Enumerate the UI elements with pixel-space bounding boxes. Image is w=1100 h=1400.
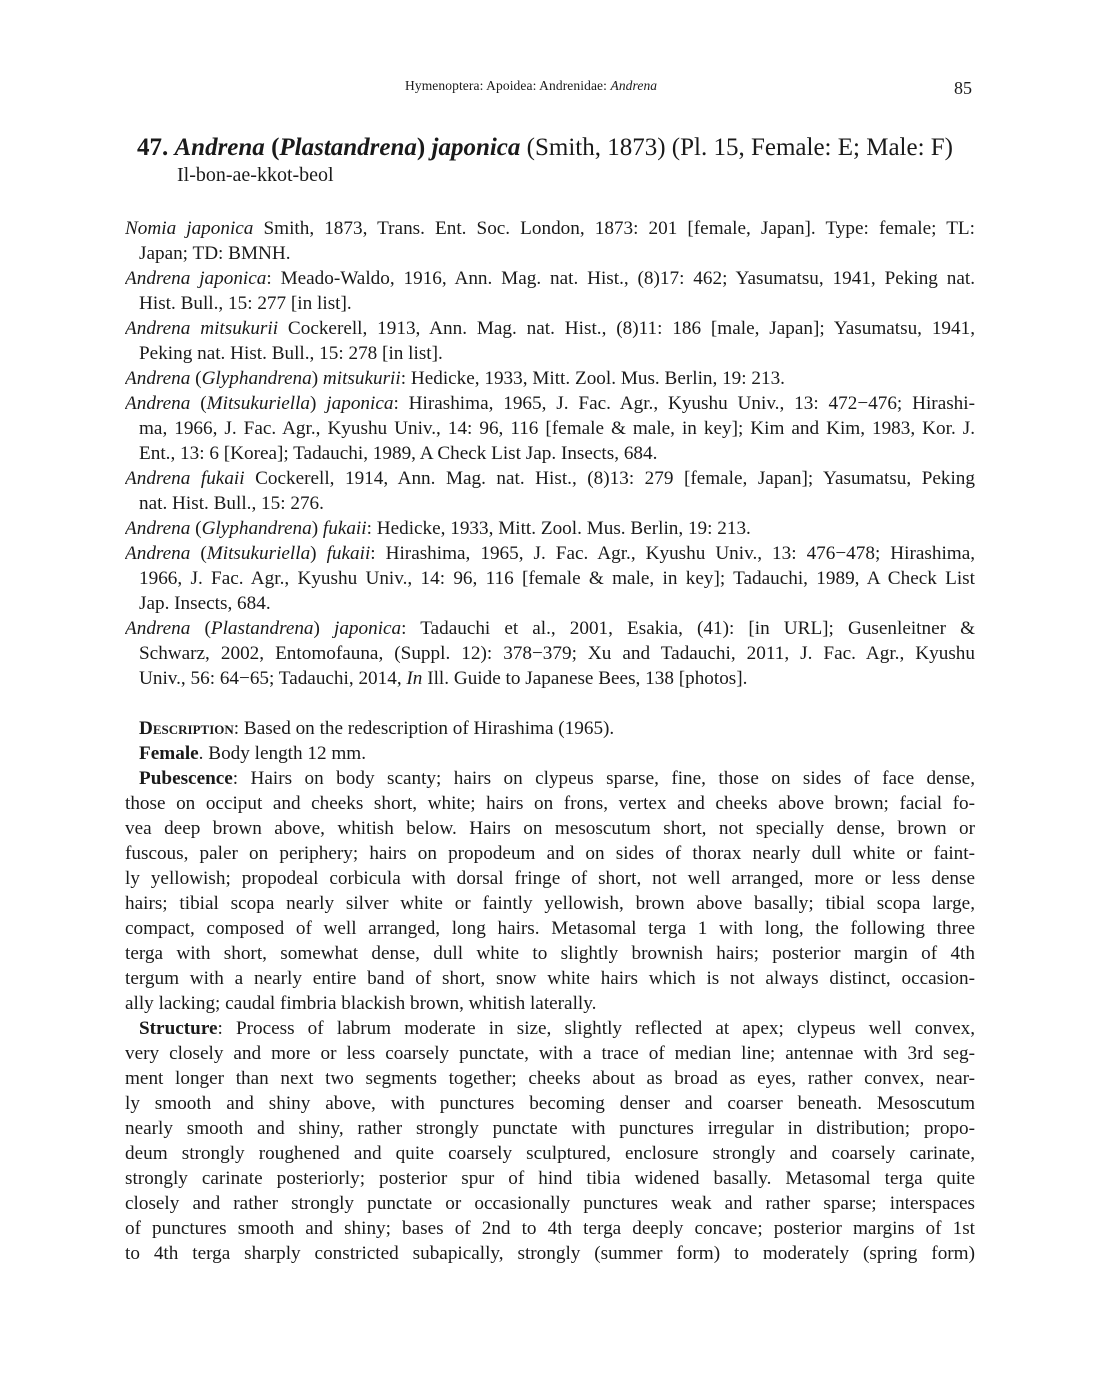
description-paragraph: Structure: Process of labrum moderate in… — [125, 1016, 975, 1266]
text-line: hairs; tibial scopa nearly silver white … — [125, 891, 975, 916]
text-run: fuscous, paler on periphery; hairs on pr… — [125, 843, 975, 864]
genus-name: Andrena — [175, 134, 265, 161]
text-run: Japan; TD: BMNH. — [139, 243, 291, 264]
text-run: Hist. Bull., 15: 277 [in list]. — [139, 293, 352, 314]
italic-taxon: mitsukurii — [323, 368, 401, 389]
text-run: : Meado-Waldo, 1916, Ann. Mag. nat. Hist… — [266, 268, 975, 289]
text-run: ( — [190, 518, 201, 539]
text-run: vea deep brown above, whitish below. Hai… — [125, 818, 975, 839]
text-run: : Hirashima, 1965, J. Fac. Agr., Kyushu … — [370, 543, 975, 564]
italic-taxon: Glyphandrena — [202, 368, 312, 389]
text-run: Smith, 1873, Trans. Ent. Soc. London, 18… — [253, 218, 975, 239]
text-run: . Body length 12 mm. — [199, 743, 366, 764]
synonymy-entry: Andrena fukaii Cockerell, 1914, Ann. Mag… — [125, 466, 975, 516]
section-heading: Description — [139, 718, 234, 739]
text-run: 1966, J. Fac. Agr., Kyushu Univ., 14: 96… — [139, 568, 975, 589]
text-line: Andrena (Glyphandrena) fukaii: Hedicke, … — [125, 516, 975, 541]
text-line: Andrena japonica: Meado-Waldo, 1916, Ann… — [125, 266, 975, 291]
text-line: tergum with a nearly entire band of shor… — [125, 966, 975, 991]
species-heading: 47. Andrena (Plastandrena) japonica (Smi… — [137, 133, 987, 163]
text-line: Jap. Insects, 684. — [125, 591, 975, 616]
species-number: 47. — [137, 134, 168, 161]
section-label: Structure — [139, 1018, 218, 1039]
text-line: very closely and more or less coarsely p… — [125, 1041, 975, 1066]
text-run: Peking nat. Hist. Bull., 15: 278 [in lis… — [139, 343, 443, 364]
running-head: Hymenoptera: Apoidea: Andrenidae: Andren… — [0, 78, 1100, 100]
text-run: : Hairs on body scanty; hairs on clypeus… — [233, 768, 975, 789]
text-line: terga with short, somewhat dense, dull w… — [125, 941, 975, 966]
text-run: Cockerell, 1913, Ann. Mag. nat. Hist., (… — [278, 318, 975, 339]
text-line: compact, composed of well arranged, long… — [125, 916, 975, 941]
text-line: ly yellowish; propodeal corbicula with d… — [125, 866, 975, 891]
text-line: Andrena (Plastandrena) japonica: Tadauch… — [125, 616, 975, 641]
description-paragraph: Description: Based on the redescription … — [125, 716, 975, 741]
text-run: ( — [190, 543, 206, 564]
text-line: 1966, J. Fac. Agr., Kyushu Univ., 14: 96… — [125, 566, 975, 591]
italic-taxon: Andrena — [125, 393, 190, 414]
text-run: ly yellowish; propodeal corbicula with d… — [125, 868, 975, 889]
page-number: 85 — [954, 78, 972, 99]
text-run: ) — [312, 368, 323, 389]
subgenus-name: Plastandrena — [279, 134, 417, 161]
species-title: 47. Andrena (Plastandrena) japonica (Smi… — [137, 133, 987, 163]
text-line: of punctures smooth and shiny; bases of … — [125, 1216, 975, 1241]
synonymy-entry: Andrena mitsukurii Cockerell, 1913, Ann.… — [125, 316, 975, 366]
synonymy-entry: Andrena (Mitsukuriella) fukaii: Hirashim… — [125, 541, 975, 616]
text-run: of punctures smooth and shiny; bases of … — [125, 1218, 975, 1239]
text-run: ) — [312, 518, 323, 539]
text-line: Pubescence: Hairs on body scanty; hairs … — [125, 766, 975, 791]
text-run: very closely and more or less coarsely p… — [125, 1043, 975, 1064]
text-run: ) — [310, 393, 326, 414]
text-run: : Process of labrum moderate in size, sl… — [218, 1018, 975, 1039]
italic-taxon: Andrena — [125, 618, 190, 639]
text-run: Schwarz, 2002, Entomofauna, (Suppl. 12):… — [139, 643, 975, 664]
text-line: ma, 1966, J. Fac. Agr., Kyushu Univ., 14… — [125, 416, 975, 441]
synonymy-list: Nomia japonica Smith, 1873, Trans. Ent. … — [125, 216, 975, 691]
section-label: Female — [139, 743, 199, 764]
italic-taxon: Mitsukuriella — [207, 393, 310, 414]
text-line: Female. Body length 12 mm. — [125, 741, 975, 766]
section-label: Pubescence — [139, 768, 233, 789]
text-line: Description: Based on the redescription … — [125, 716, 975, 741]
subgenus-open: ( — [265, 134, 280, 161]
subgenus-close: ) — [417, 134, 425, 161]
text-line: Andrena fukaii Cockerell, 1914, Ann. Mag… — [125, 466, 975, 491]
text-line: Andrena mitsukurii Cockerell, 1913, Ann.… — [125, 316, 975, 341]
text-line: Andrena (Mitsukuriella) japonica: Hirash… — [125, 391, 975, 416]
vernacular-name: Il-bon-ae-kkot-beol — [177, 164, 334, 187]
italic-taxon: japonica — [326, 393, 393, 414]
text-line: fuscous, paler on periphery; hairs on pr… — [125, 841, 975, 866]
italic-taxon: Andrena — [125, 368, 190, 389]
text-line: Andrena (Glyphandrena) mitsukurii: Hedic… — [125, 366, 975, 391]
text-run: strongly carinate posteriorly; posterior… — [125, 1168, 975, 1189]
text-run: : Based on the redescription of Hirashim… — [234, 718, 614, 739]
text-run: : Tadauchi et al., 2001, Esakia, (41): [… — [401, 618, 975, 639]
text-run: those on occiput and cheeks short, white… — [125, 793, 975, 814]
text-run: ) — [310, 543, 326, 564]
text-line: nat. Hist. Bull., 15: 276. — [125, 491, 975, 516]
synonymy-entry: Andrena japonica: Meado-Waldo, 1916, Ann… — [125, 266, 975, 316]
text-line: nearly smooth and shiny, rather strongly… — [125, 1116, 975, 1141]
text-line: Univ., 56: 64−65; Tadauchi, 2014, In Ill… — [125, 666, 975, 691]
text-line: ly smooth and shiny above, with puncture… — [125, 1091, 975, 1116]
italic-taxon: Mitsukuriella — [207, 543, 310, 564]
text-line: Structure: Process of labrum moderate in… — [125, 1016, 975, 1041]
italic-taxon: Andrena — [125, 518, 190, 539]
text-run: ally lacking; caudal fimbria blackish br… — [125, 993, 596, 1014]
text-run: ( — [190, 368, 201, 389]
text-run: compact, composed of well arranged, long… — [125, 918, 975, 939]
species-authority: (Smith, 1873) (Pl. 15, Female: E; Male: … — [520, 134, 953, 161]
text-line: Peking nat. Hist. Bull., 15: 278 [in lis… — [125, 341, 975, 366]
text-run: Jap. Insects, 684. — [139, 593, 271, 614]
text-run: Ent., 13: 6 [Korea]; Tadauchi, 1989, A C… — [139, 443, 657, 464]
text-line: Ent., 13: 6 [Korea]; Tadauchi, 1989, A C… — [125, 441, 975, 466]
italic-taxon: fukaii — [323, 518, 367, 539]
text-run: Cockerell, 1914, Ann. Mag. nat. Hist., (… — [245, 468, 975, 489]
synonymy-entry: Andrena (Plastandrena) japonica: Tadauch… — [125, 616, 975, 691]
text-line: ally lacking; caudal fimbria blackish br… — [125, 991, 975, 1016]
italic-taxon: Andrena fukaii — [125, 468, 245, 489]
text-line: strongly carinate posteriorly; posterior… — [125, 1166, 975, 1191]
text-line: those on occiput and cheeks short, white… — [125, 791, 975, 816]
text-run: Ill. Guide to Japanese Bees, 138 [photos… — [422, 668, 747, 689]
description-section: Description: Based on the redescription … — [125, 716, 975, 1266]
italic-taxon: In — [406, 668, 422, 689]
text-line: deum strongly roughened and quite coarse… — [125, 1141, 975, 1166]
synonymy-entry: Andrena (Mitsukuriella) japonica: Hirash… — [125, 391, 975, 466]
text-run: Univ., 56: 64−65; Tadauchi, 2014, — [139, 668, 406, 689]
synonymy-entry: Nomia japonica Smith, 1873, Trans. Ent. … — [125, 216, 975, 266]
running-title-genus: Andrena — [610, 78, 657, 93]
italic-taxon: Andrena japonica — [125, 268, 266, 289]
text-line: Nomia japonica Smith, 1873, Trans. Ent. … — [125, 216, 975, 241]
italic-taxon: Plastandrena — [211, 618, 314, 639]
text-run: to 4th terga sharply constricted subapic… — [125, 1243, 975, 1264]
text-line: Schwarz, 2002, Entomofauna, (Suppl. 12):… — [125, 641, 975, 666]
description-paragraph: Female. Body length 12 mm. — [125, 741, 975, 766]
synonymy-entry: Andrena (Glyphandrena) fukaii: Hedicke, … — [125, 516, 975, 541]
text-run: : Hedicke, 1933, Mitt. Zool. Mus. Berlin… — [367, 518, 751, 539]
text-run: nat. Hist. Bull., 15: 276. — [139, 493, 324, 514]
text-run: : Hedicke, 1933, Mitt. Zool. Mus. Berlin… — [401, 368, 785, 389]
text-line: closely and rather strongly punctate or … — [125, 1191, 975, 1216]
text-run: ment longer than next two segments toget… — [125, 1068, 975, 1089]
text-line: vea deep brown above, whitish below. Hai… — [125, 816, 975, 841]
text-run: ma, 1966, J. Fac. Agr., Kyushu Univ., 14… — [139, 418, 975, 439]
text-run: : Hirashima, 1965, J. Fac. Agr., Kyushu … — [393, 393, 975, 414]
text-line: Andrena (Mitsukuriella) fukaii: Hirashim… — [125, 541, 975, 566]
text-run: ( — [190, 618, 210, 639]
text-run: nearly smooth and shiny, rather strongly… — [125, 1118, 975, 1139]
italic-taxon: fukaii — [327, 543, 371, 564]
text-run: closely and rather strongly punctate or … — [125, 1193, 975, 1214]
text-run: hairs; tibial scopa nearly silver white … — [125, 893, 975, 914]
description-paragraph: Pubescence: Hairs on body scanty; hairs … — [125, 766, 975, 1016]
italic-taxon: Glyphandrena — [202, 518, 312, 539]
text-line: to 4th terga sharply constricted subapic… — [125, 1241, 975, 1266]
text-run: terga with short, somewhat dense, dull w… — [125, 943, 975, 964]
italic-taxon: japonica — [334, 618, 401, 639]
running-title-text: Hymenoptera: Apoidea: Andrenidae: — [405, 78, 610, 93]
text-run: ly smooth and shiny above, with puncture… — [125, 1093, 975, 1114]
synonymy-entry: Andrena (Glyphandrena) mitsukurii: Hedic… — [125, 366, 975, 391]
text-run: ) — [314, 618, 334, 639]
text-line: Japan; TD: BMNH. — [125, 241, 975, 266]
text-run: tergum with a nearly entire band of shor… — [125, 968, 975, 989]
italic-taxon: Nomia japonica — [125, 218, 253, 239]
text-line: ment longer than next two segments toget… — [125, 1066, 975, 1091]
italic-taxon: Andrena — [125, 543, 190, 564]
text-line: Hist. Bull., 15: 277 [in list]. — [125, 291, 975, 316]
text-run: ( — [190, 393, 206, 414]
text-run: deum strongly roughened and quite coarse… — [125, 1143, 975, 1164]
italic-taxon: Andrena mitsukurii — [125, 318, 278, 339]
running-title: Hymenoptera: Apoidea: Andrenidae: Andren… — [405, 78, 657, 94]
species-epithet: japonica — [425, 134, 520, 161]
